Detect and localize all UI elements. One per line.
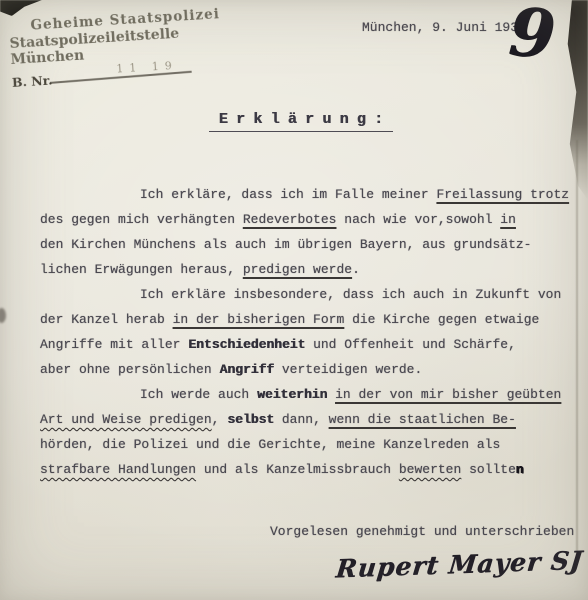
text-segment: den Kirchen Münchens als auch im übrigen…	[40, 237, 531, 252]
text-line: strafbare Handlungen und als Kanzelmissb…	[40, 457, 575, 482]
text-segment: wenn die staatlichen Be-	[329, 412, 516, 427]
text-segment: Redeverbotes	[243, 212, 337, 227]
document-page: Geheime Staatspolizei Staatspolizeileits…	[0, 0, 588, 600]
gestapo-stamp: Geheime Staatspolizei Staatspolizeileits…	[8, 5, 242, 88]
text-line: der Kanzel herab in der bisherigen Form …	[40, 307, 575, 332]
text-segment: nach wie vor,sowohl	[336, 212, 500, 227]
closing-line: Vorgelesen genehmigt und unterschrieben	[270, 524, 574, 539]
text-segment: lichen Erwägungen heraus,	[40, 262, 243, 277]
page-edge-line	[576, 140, 578, 560]
text-line: den Kirchen Münchens als auch im übrigen…	[40, 232, 575, 257]
text-segment: aber ohne persönlichen	[40, 362, 219, 377]
text-segment: Ich erkläre, dass ich im Falle meiner	[140, 187, 436, 202]
text-segment: selbst	[227, 412, 274, 427]
text-segment: der Kanzel herab	[40, 312, 173, 327]
text-line: lichen Erwägungen heraus, predigen werde…	[40, 257, 575, 282]
text-segment: .	[352, 262, 360, 277]
text-segment: n	[516, 462, 524, 477]
text-segment: bewerten	[399, 462, 461, 477]
signature: Rupert Mayer SJ	[335, 546, 585, 584]
heading-row: Erklärung:	[0, 110, 588, 132]
paragraph: Ich werde auch weiterhin in der von mir …	[40, 382, 575, 482]
text-segment: in	[500, 212, 516, 227]
text-segment: in der bisherigen Form	[173, 312, 345, 327]
text-segment: weiterhin	[257, 387, 327, 402]
document-body: Ich erkläre, dass ich im Falle meiner Fr…	[40, 182, 575, 482]
text-line: Angriffe mit aller Entschiedenheit und O…	[40, 332, 575, 357]
text-line: hörden, die Polizei und die Gerichte, me…	[40, 432, 575, 457]
text-segment: predigen werde	[243, 262, 352, 277]
text-segment: die Kirche gegen etwaige	[344, 312, 539, 327]
photo-edge-shadow	[562, 0, 588, 200]
text-segment: des gegen mich verhängten	[40, 212, 243, 227]
text-line: des gegen mich verhängten Redeverbotes n…	[40, 207, 575, 232]
text-segment: dann,	[274, 412, 329, 427]
text-segment: sollte	[461, 462, 516, 477]
text-segment: Art und Weise predigen	[40, 412, 212, 427]
text-segment: ,	[212, 412, 228, 427]
left-edge-smudge	[0, 308, 6, 323]
text-segment: in der von mir bisher geübten	[335, 387, 561, 402]
text-line: Ich erkläre, dass ich im Falle meiner Fr…	[140, 182, 575, 207]
text-segment: Entschiedenheit	[188, 337, 305, 352]
text-line: Ich erkläre insbesondere, dass ich auch …	[140, 282, 575, 307]
text-segment: hörden, die Polizei und die Gerichte, me…	[40, 437, 500, 452]
text-segment: Angriffe mit aller	[40, 337, 188, 352]
dateline: München, 9. Juni 193	[362, 20, 518, 35]
document-title: Erklärung:	[209, 111, 394, 132]
paragraph: Ich erkläre insbesondere, dass ich auch …	[40, 282, 575, 382]
text-segment: Freilassung trotz	[436, 187, 569, 202]
text-segment: und als Kanzelmissbrauch	[196, 462, 399, 477]
text-segment: und Offenheit und Schärfe,	[305, 337, 516, 352]
text-line: Art und Weise predigen, selbst dann, wen…	[40, 407, 575, 432]
corner-ink-blob	[0, 0, 42, 16]
text-segment: Angriff	[219, 362, 274, 377]
text-segment: verteidigen werde.	[274, 362, 422, 377]
text-segment: strafbare Handlungen	[40, 462, 196, 477]
text-segment: Ich erkläre insbesondere, dass ich auch …	[140, 287, 561, 302]
stamp-ref-label: B. Nr.	[12, 73, 53, 90]
text-line: aber ohne persönlichen Angriff verteidig…	[40, 357, 575, 382]
handwritten-page-number: 9	[506, 0, 557, 74]
paragraph: Ich erkläre, dass ich im Falle meiner Fr…	[40, 182, 575, 282]
text-segment: Ich werde auch	[140, 387, 257, 402]
text-segment	[327, 387, 335, 402]
text-line: Ich werde auch weiterhin in der von mir …	[140, 382, 575, 407]
